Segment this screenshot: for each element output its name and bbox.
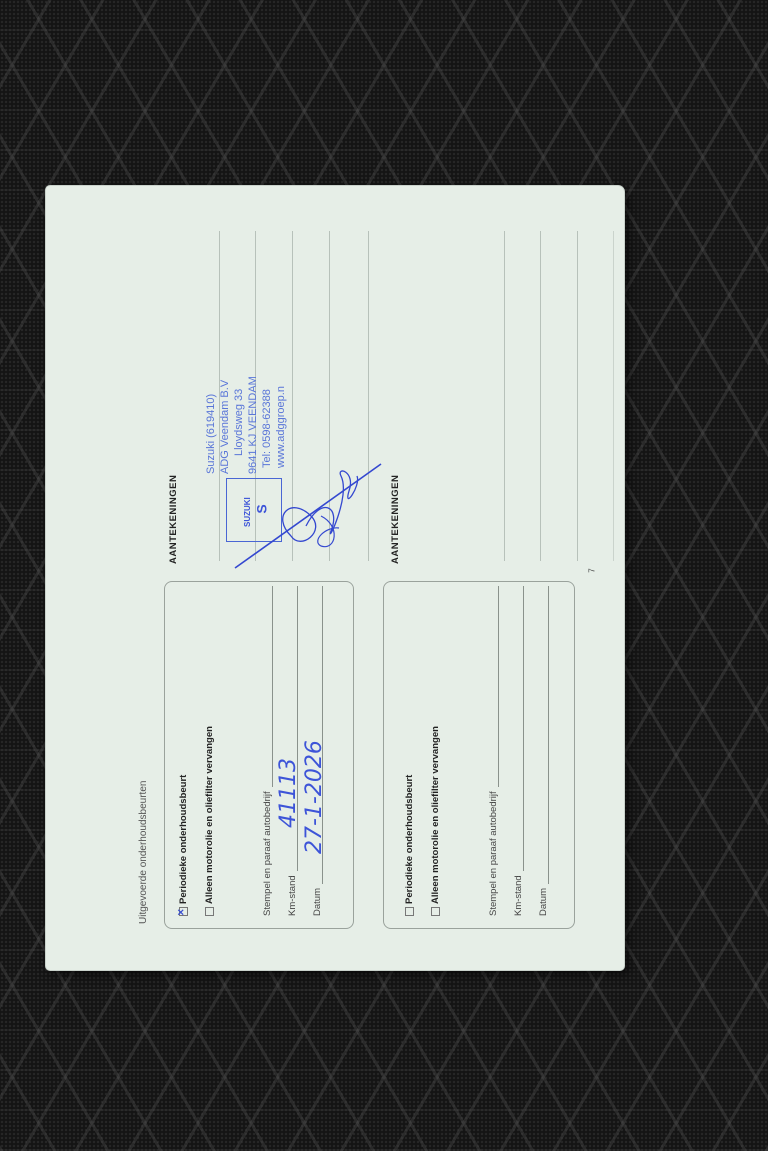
signature-scribble [231,456,391,576]
page-number: 7 [588,568,597,572]
notes-line [540,231,541,561]
entry-2-option-periodic[interactable]: Periodieke onderhoudsbeurt [402,596,416,916]
entry-2-date-field: Datum [538,586,549,916]
notes-line [613,231,614,561]
entry-1-option-oil[interactable]: Alleen motorolie en oliefilter vervangen [202,596,216,916]
section-title: Uitgevoerde onderhoudsbeurten [138,781,149,924]
checkbox-checked-icon[interactable] [179,907,188,916]
entry-2-stamp-field: Stempel en paraaf autobedrijf [488,586,499,916]
checkbox-icon[interactable] [431,907,440,916]
entry-1-content: Periodieke onderhoudsbeurt Alleen motoro… [176,596,323,916]
entry-2-option-oil[interactable]: Alleen motorolie en oliefilter vervangen [428,596,442,916]
entry-1-stamp-field: Stempel en paraaf autobedrijf [262,586,273,916]
notes-heading-2: AANTEKENINGEN [390,475,401,564]
entry-2-km-field: Km-stand [513,586,524,916]
checkbox-icon[interactable] [205,907,214,916]
entry-1-km-handwritten: 41113 [276,758,301,828]
entry-2-content: Periodieke onderhoudsbeurt Alleen motoro… [402,596,549,916]
entry-1-option-periodic[interactable]: Periodieke onderhoudsbeurt [176,596,190,916]
notes-heading-1: AANTEKENINGEN [168,475,179,564]
notes-line [504,231,505,561]
checkbox-icon[interactable] [405,907,414,916]
entry-1-km-field: Km-stand [287,586,298,916]
notes-line [577,231,578,561]
entry-1-date-handwritten: 27-1-2026 [302,740,327,854]
maintenance-booklet: Uitgevoerde onderhoudsbeurten Periodieke… [46,186,624,970]
